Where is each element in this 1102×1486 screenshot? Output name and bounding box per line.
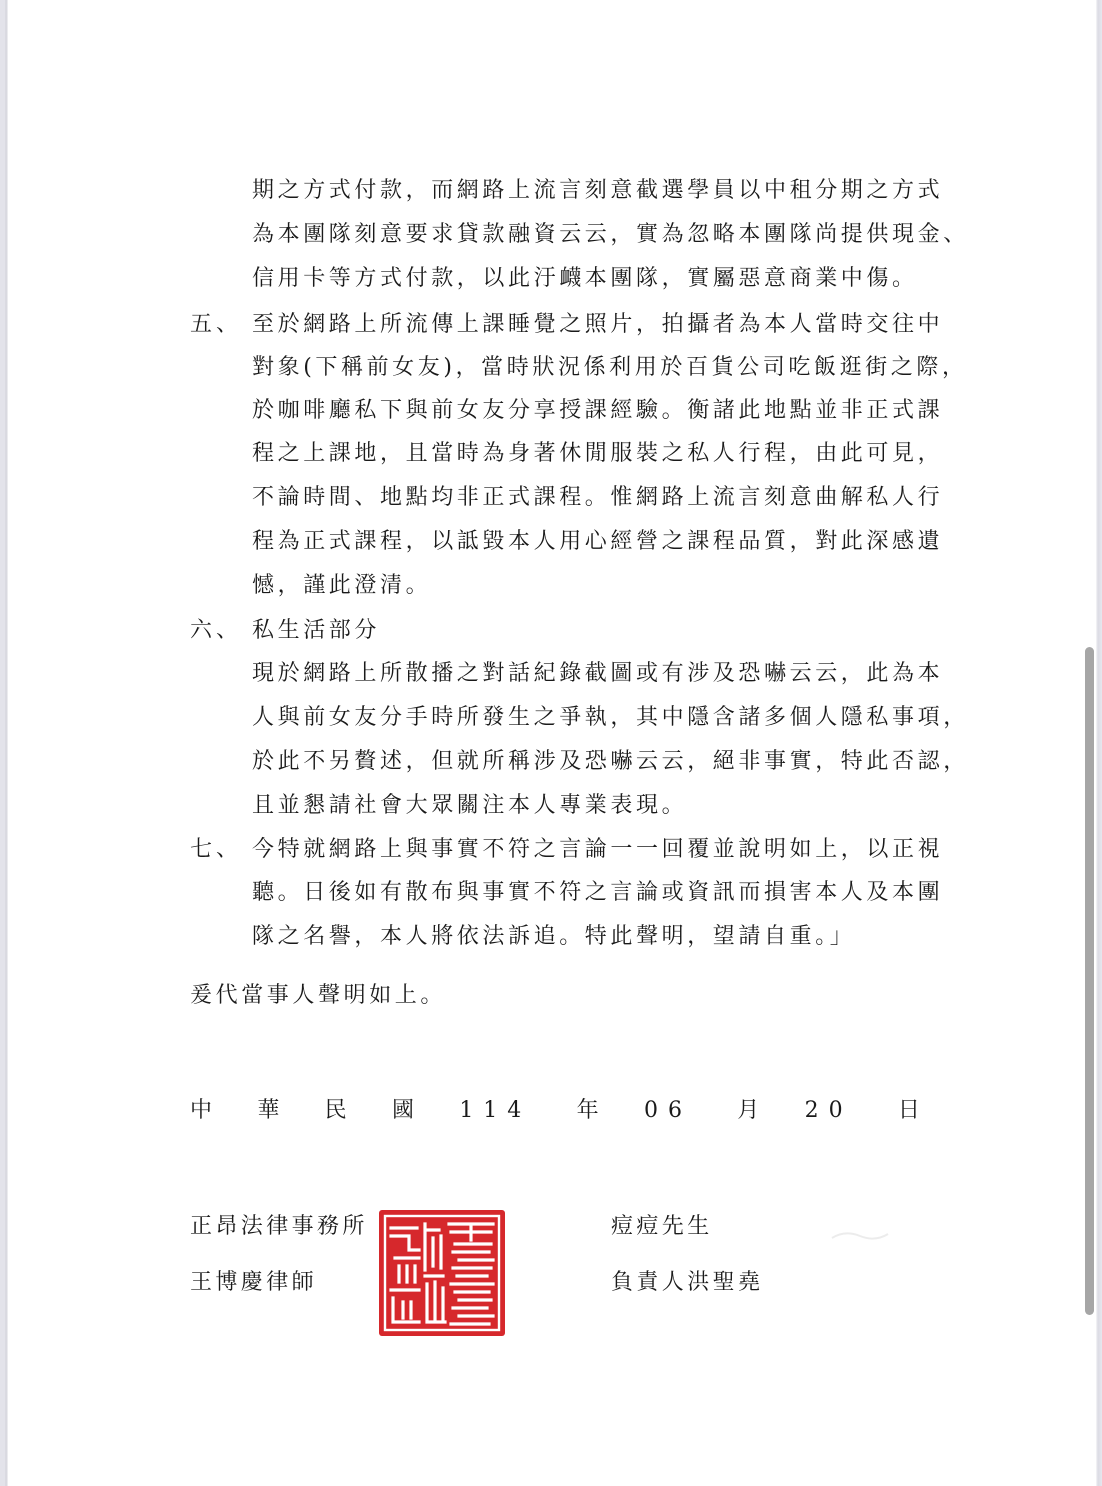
date-part: 日 bbox=[898, 1096, 920, 1126]
date-line: 中 華 民 國 114 年 06 月 20 日 bbox=[190, 1096, 920, 1126]
date-part: 民 bbox=[325, 1096, 347, 1126]
faint-stamp-residue bbox=[830, 1228, 890, 1242]
law-firm-name: 正昂法律事務所 bbox=[190, 1212, 368, 1242]
date-part: 年 bbox=[577, 1096, 599, 1126]
date-part: 中 bbox=[190, 1096, 212, 1126]
paragraph-line: 程之上課地，且當時為身著休閒服裝之私人行程，由此可見， bbox=[252, 439, 943, 469]
representative-name: 負責人洪聖堯 bbox=[611, 1268, 763, 1298]
date-part: 華 bbox=[257, 1096, 279, 1126]
paragraph-line: 人與前女友分手時所發生之爭執，其中隱含諸多個人隱私事項， bbox=[252, 703, 969, 733]
paragraph-line: 不論時間、地點均非正式課程。惟網路上流言刻意曲解私人行 bbox=[252, 483, 943, 513]
date-part: 國 bbox=[392, 1096, 414, 1126]
paragraph-line: 期之方式付款，而網路上流言刻意截選學員以中租分期之方式 bbox=[252, 176, 943, 206]
client-name: 痘痘先生 bbox=[611, 1212, 713, 1242]
date-year: 114 bbox=[459, 1096, 531, 1126]
paragraph-line: 且並懇請社會大眾關注本人專業表現。 bbox=[252, 791, 687, 821]
page-right-edge bbox=[1096, 0, 1102, 1486]
paragraph-line: 對象(下稱前女友)，當時狀況係利用於百貨公司吃飯逛街之際， bbox=[252, 353, 968, 383]
paragraph-line: 隊之名譽，本人將依法訴追。特此聲明，望請自重。」 bbox=[252, 922, 855, 952]
page-left-edge bbox=[0, 0, 8, 1486]
paragraph-line: 程為正式課程，以詆毀本人用心經營之課程品質，對此深感遺 bbox=[252, 527, 943, 557]
date-part: 月 bbox=[737, 1096, 759, 1126]
section-marker: 五、 bbox=[190, 310, 242, 340]
lawyer-name: 王博慶律師 bbox=[190, 1268, 317, 1298]
section-heading: 私生活部分 bbox=[252, 616, 380, 646]
closing-statement: 爰代當事人聲明如上。 bbox=[190, 981, 446, 1011]
paragraph-line: 至於網路上所流傳上課睡覺之照片，拍攝者為本人當時交往中 bbox=[252, 310, 943, 340]
date-day: 20 bbox=[805, 1096, 853, 1126]
paragraph-line: 為本團隊刻意要求貸款融資云云，實為忽略本團隊尚提供現金、 bbox=[252, 220, 969, 250]
paragraph-line: 現於網路上所散播之對話紀錄截圖或有涉及恐嚇云云，此為本 bbox=[252, 659, 943, 689]
section-marker: 六、 bbox=[190, 616, 242, 646]
paragraph-line: 於此不另贅述，但就所稱涉及恐嚇云云，絕非事實，特此否認， bbox=[252, 747, 969, 777]
paragraph-line: 聽。日後如有散布與事實不符之言論或資訊而損害本人及本團 bbox=[252, 878, 943, 908]
red-square-seal-icon bbox=[379, 1210, 505, 1336]
paragraph-line: 信用卡等方式付款，以此汙衊本團隊，實屬惡意商業中傷。 bbox=[252, 264, 918, 294]
paragraph-line: 今特就網路上與事實不符之言論一一回覆並說明如上，以正視 bbox=[252, 835, 943, 865]
paragraph-line: 於咖啡廳私下與前女友分享授課經驗。衡諸此地點並非正式課 bbox=[252, 396, 943, 426]
date-month: 06 bbox=[644, 1096, 692, 1126]
section-marker: 七、 bbox=[190, 835, 242, 865]
paragraph-line: 憾，謹此澄清。 bbox=[252, 571, 431, 601]
vertical-scrollbar[interactable] bbox=[1085, 647, 1094, 1315]
